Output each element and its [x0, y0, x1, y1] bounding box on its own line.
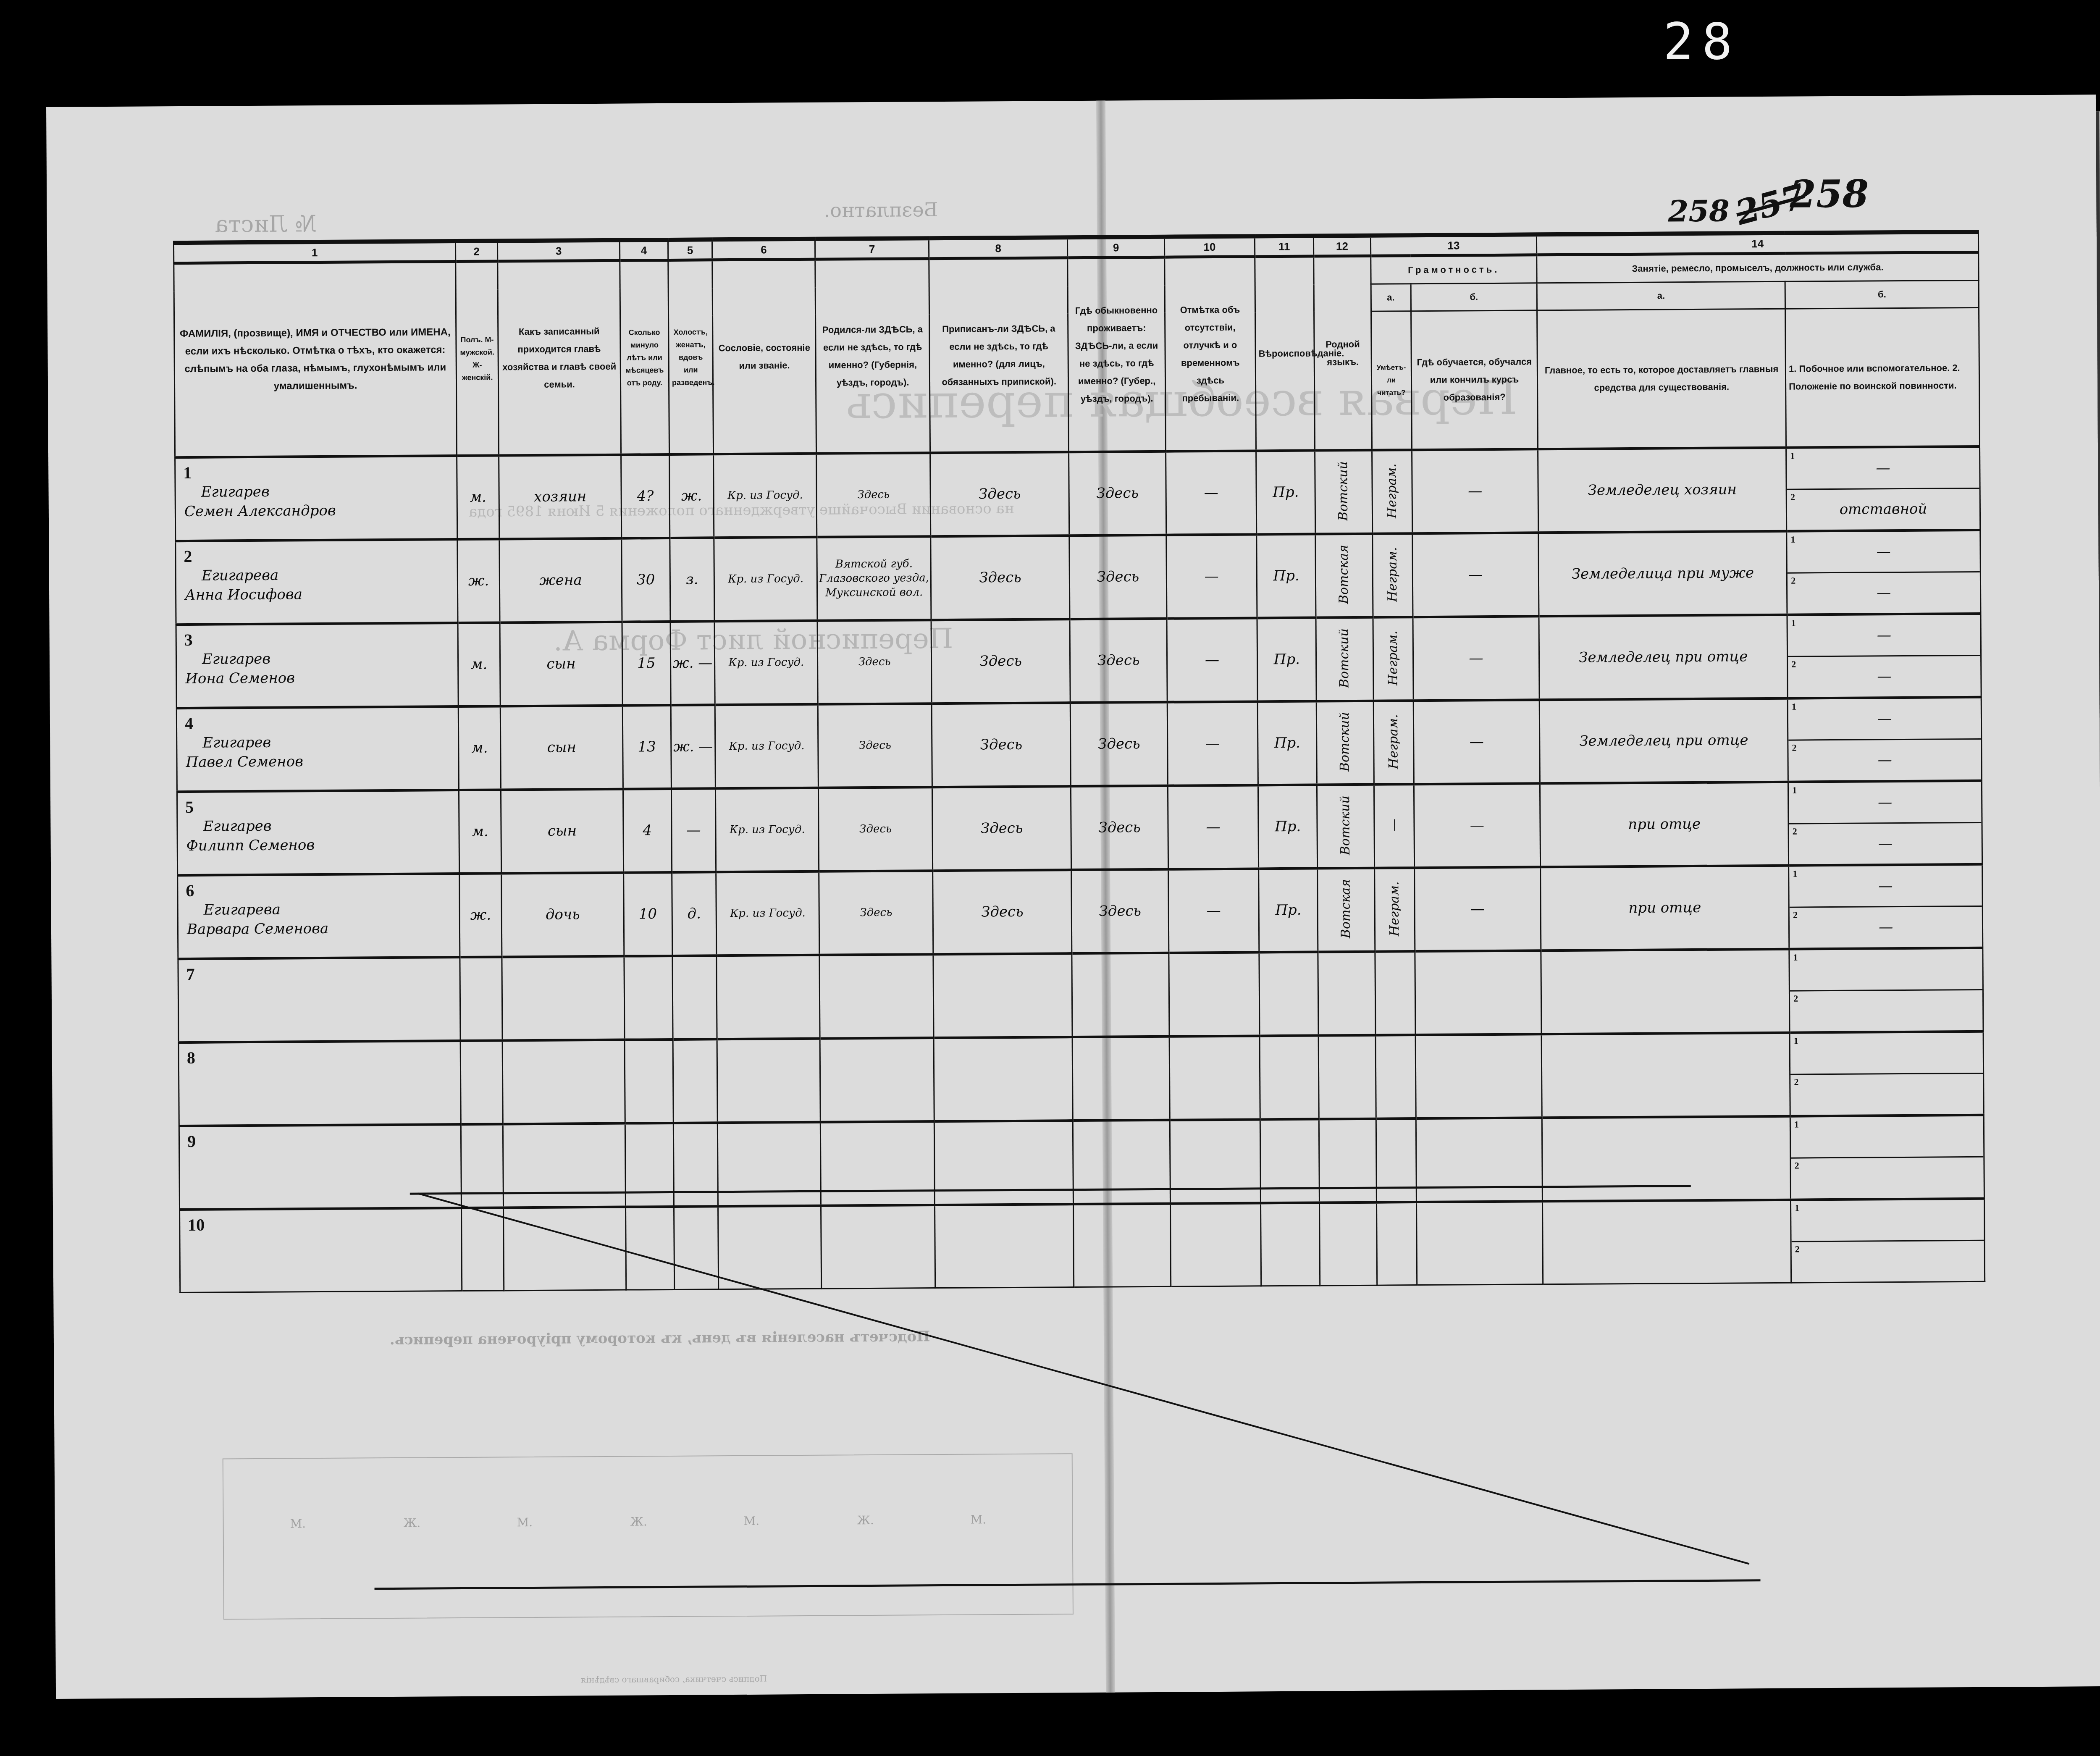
col-num-5: 5	[668, 239, 712, 260]
cell-literate	[1375, 1035, 1416, 1119]
cell-sex: ж.	[459, 873, 502, 957]
cell-education	[1415, 1034, 1542, 1118]
cell-born	[820, 1038, 934, 1122]
education-value: —	[1470, 900, 1485, 917]
row-number: 5	[178, 791, 458, 817]
estate-value: Кр. из Госуд.	[727, 489, 803, 502]
cell-relation: сын	[500, 705, 623, 790]
cell-sex	[460, 957, 502, 1041]
cell-age: 15	[622, 621, 671, 705]
cell-language	[1318, 1035, 1375, 1119]
cell-sex: м.	[458, 622, 500, 706]
cell-estate: Кр. из Госуд.	[715, 787, 819, 871]
row-number: 4	[177, 708, 458, 733]
cell-resides	[1072, 953, 1169, 1037]
row-number: 7	[178, 958, 459, 984]
cell-born: Здесь	[816, 453, 931, 537]
estate-value: Кр. из Госуд.	[729, 740, 805, 753]
ghost-summary-table	[223, 1453, 1074, 1620]
education-value: —	[1468, 566, 1483, 583]
cell-estate: Кр. из Госуд.	[716, 871, 820, 955]
cell-resides	[1073, 1120, 1171, 1204]
cell-relation: хозяин	[499, 454, 622, 539]
cell-age: 10	[623, 872, 672, 956]
cell-literate	[1376, 1118, 1416, 1202]
surname: Егигарева	[176, 564, 457, 585]
cell-name: 3ЕгигаревИона Семенов	[176, 623, 458, 708]
occupation-value: Земледелица при муже	[1572, 564, 1754, 583]
given-name-patronymic: Филипп Семенов	[178, 835, 459, 864]
ghost-mz-label: М.	[743, 1514, 759, 1528]
cell-sex: м.	[459, 790, 501, 874]
slot-index: 1	[1793, 868, 1797, 879]
age-value: 15	[637, 655, 656, 672]
literate-value: —	[1384, 819, 1404, 831]
row-number: 1	[176, 457, 456, 483]
cell-absence: —	[1167, 618, 1258, 702]
cell-born: Вятской губ. Глазовского уезда, Муксинск…	[817, 536, 931, 621]
ghost-mz-label: Ж.	[404, 1516, 421, 1530]
cell-language: Вотский	[1317, 701, 1374, 785]
relation-value: дочь	[546, 906, 580, 923]
cell-side-occupation-military: 1—2—	[1788, 780, 1982, 865]
ghost-mz-label: М.	[290, 1517, 306, 1530]
page-number-current: 258	[1668, 194, 1730, 229]
cell-absence: —	[1166, 534, 1257, 618]
table-row: 4ЕгигаревПавел Семеновм.сын13ж. —Кр. из …	[176, 697, 1982, 791]
occupation-value: при отце	[1628, 816, 1701, 833]
cell-literate: Неграм.	[1372, 533, 1412, 617]
slot-index: 2	[1793, 993, 1798, 1004]
cell-marital: з.	[670, 538, 714, 622]
cell-relation	[502, 1039, 625, 1124]
born-value: Здесь	[858, 656, 891, 668]
slot-side-occupation: 1—	[1789, 782, 1981, 824]
cell-religion	[1261, 1202, 1320, 1286]
cell-resides: Здесь	[1071, 702, 1168, 786]
education-value: —	[1468, 483, 1482, 499]
cell-estate	[717, 955, 820, 1039]
estate-value: Кр. из Госуд.	[728, 656, 804, 669]
side-value: —	[1877, 710, 1892, 727]
col-num-11: 11	[1255, 236, 1314, 257]
col-num-1: 1	[173, 241, 455, 263]
cell-education	[1415, 950, 1542, 1035]
cell-name: 7	[178, 957, 460, 1042]
cell-relation: дочь	[501, 872, 624, 957]
cell-born: Здесь	[817, 620, 932, 704]
cell-relation: сын	[500, 622, 622, 706]
cell-registered: Здесь	[932, 703, 1071, 787]
registered-value: Здесь	[981, 820, 1023, 837]
slot-military-status: 2отставной	[1787, 488, 1979, 530]
born-value: Здесь	[859, 739, 891, 752]
occupation-value: Земледелец хозяин	[1588, 481, 1737, 499]
given-name-patronymic: Павел Семенов	[177, 751, 458, 780]
cell-religion: Пр.	[1257, 534, 1316, 618]
cell-literate: Неграм.	[1373, 701, 1414, 785]
literate-value: Неграм.	[1385, 881, 1404, 936]
cell-marital: ж.	[669, 454, 714, 538]
ghost-summary-title: Подсчетъ населенія въ день, къ которому …	[390, 1328, 930, 1348]
cell-registered: Здесь	[931, 535, 1070, 620]
cell-marital	[673, 1039, 717, 1123]
estate-value: Кр. из Госуд.	[730, 907, 806, 920]
surname: Егигарев	[177, 648, 457, 669]
sex-value: м.	[471, 740, 488, 756]
sub-label-14b: б.	[1785, 280, 1979, 309]
cell-marital: —	[671, 788, 716, 872]
cell-literate: Неграм.	[1372, 450, 1412, 534]
slot-index: 2	[1791, 575, 1795, 586]
religion-value: Пр.	[1275, 818, 1301, 835]
slot-index: 2	[1795, 1160, 1799, 1171]
cell-age	[625, 1039, 673, 1123]
cell-estate: Кр. из Госуд.	[714, 453, 817, 537]
education-value: —	[1469, 650, 1483, 667]
slot-index: 2	[1791, 659, 1796, 669]
military-value: —	[1879, 919, 1893, 935]
military-value: —	[1878, 835, 1893, 852]
ghost-sheet-no: № Листа	[215, 210, 317, 237]
absence-value: —	[1206, 819, 1220, 835]
age-value: 13	[638, 738, 656, 755]
col-num-14: 14	[1537, 232, 1979, 255]
cell-resides: Здесь	[1069, 451, 1166, 535]
cell-born: Здесь	[819, 871, 933, 955]
given-name-patronymic: Иона Семенов	[177, 667, 457, 697]
cell-language: Вотский	[1316, 617, 1373, 701]
slot-index: 1	[1791, 617, 1796, 628]
cell-religion: Пр.	[1257, 701, 1317, 785]
language-value: Вотский	[1334, 461, 1354, 521]
absence-value: —	[1207, 902, 1221, 919]
resides-value: Здесь	[1099, 903, 1141, 920]
registered-value: Здесь	[981, 903, 1024, 921]
slot-index: 2	[1794, 1076, 1798, 1087]
cell-marital: ж. —	[671, 705, 715, 789]
cell-sex: ж.	[457, 539, 500, 623]
cell-name: 1ЕгигаревСемен Александров	[175, 456, 457, 541]
cell-relation	[503, 1123, 626, 1207]
col-num-9: 9	[1068, 237, 1165, 258]
cell-born: Здесь	[818, 703, 932, 788]
row-number: 8	[179, 1042, 460, 1068]
absence-value: —	[1205, 735, 1220, 752]
registered-value: Здесь	[979, 569, 1021, 586]
cell-education: —	[1413, 616, 1540, 701]
cell-resides: Здесь	[1069, 535, 1167, 619]
ghost-free-label: Безплатно.	[824, 198, 938, 222]
cell-name: 6ЕгигареваВарвара Семенова	[178, 874, 460, 959]
cell-language: Вотский	[1317, 784, 1374, 868]
given-name-patronymic: Анна Иосифова	[176, 584, 457, 613]
absence-value: —	[1204, 484, 1218, 501]
cell-absence	[1169, 1036, 1260, 1120]
slot-military-status: 2—	[1789, 823, 1982, 864]
marital-value: д.	[687, 906, 701, 922]
marital-value: ж. —	[673, 738, 713, 755]
slot-index: 2	[1792, 742, 1796, 753]
estate-value: Кр. из Госуд.	[730, 823, 805, 836]
cell-occupation	[1541, 949, 1790, 1034]
resides-value: Здесь	[1098, 735, 1140, 753]
age-value: 4?	[637, 488, 654, 504]
cell-education: —	[1414, 867, 1541, 951]
cell-resides: Здесь	[1071, 785, 1168, 869]
slot-index: 1	[1792, 785, 1797, 795]
cell-occupation: Земледелица при муже	[1538, 531, 1787, 616]
cell-marital	[672, 955, 717, 1039]
relation-value: хозяин	[534, 488, 586, 505]
cell-born	[819, 954, 934, 1039]
slot-military-status: 2	[1790, 990, 1982, 1031]
cell-age	[625, 1206, 674, 1289]
registered-value: Здесь	[979, 486, 1021, 503]
cell-religion	[1260, 1035, 1319, 1119]
header-occupation-group: Занятіе, ремесло, промыселъ, должность и…	[1537, 252, 1979, 283]
cell-language: Вотский	[1315, 450, 1372, 534]
side-value: —	[1877, 627, 1891, 643]
language-value: Вотский	[1336, 795, 1355, 855]
slot-side-occupation: 1	[1790, 949, 1982, 991]
cell-occupation: при отце	[1541, 865, 1789, 950]
cell-registered	[934, 1037, 1073, 1121]
ghost-mz-label: М.	[970, 1512, 986, 1526]
estate-value: Кр. из Госуд.	[728, 572, 803, 585]
household-rows: 1ЕгигаревСемен Александровм.хозяин4?ж.Кр…	[175, 446, 1985, 1292]
header-literacy-group: Грамотность.	[1370, 255, 1537, 284]
side-value: —	[1878, 877, 1893, 894]
age-value: 10	[639, 906, 657, 922]
cell-name: 2ЕгигареваАнна Иосифова	[176, 539, 458, 625]
cell-occupation	[1542, 1116, 1790, 1201]
literate-value: Неграм.	[1383, 547, 1402, 602]
cell-absence: —	[1168, 785, 1259, 869]
cell-side-occupation-military: 12	[1791, 1198, 1985, 1282]
cell-relation	[504, 1207, 626, 1290]
cell-language	[1318, 951, 1375, 1035]
census-form-table: 1 2 3 4 5 6 7 8 9 10 11 12 13 14 ФАМИЛІЯ…	[173, 230, 1985, 1293]
surname: Егигарев	[178, 815, 458, 836]
header-registered: Приписанъ-ли ЗДѢСЬ, а если не здѣсь, то …	[929, 258, 1069, 453]
absence-value: —	[1205, 568, 1219, 585]
cell-estate	[717, 1122, 821, 1206]
cell-education: —	[1414, 783, 1541, 868]
language-value: Вотский	[1335, 712, 1355, 772]
col-num-2: 2	[456, 241, 498, 261]
cell-religion	[1259, 952, 1318, 1036]
cell-registered: Здесь	[930, 452, 1069, 536]
literate-value: Неграм.	[1383, 630, 1403, 685]
cell-registered: Здесь	[933, 870, 1072, 954]
table-row: 1ЕгигаревСемен Александровм.хозяин4?ж.Кр…	[175, 446, 1980, 541]
cell-born: Здесь	[819, 787, 933, 871]
resides-value: Здесь	[1097, 652, 1140, 669]
col-num-13: 13	[1370, 234, 1537, 256]
cell-name: 4ЕгигаревПавел Семенов	[176, 706, 459, 792]
cell-name: 8	[178, 1041, 461, 1126]
cell-language	[1319, 1118, 1376, 1202]
relation-value: сын	[547, 739, 576, 756]
cell-literate: Неграм.	[1373, 617, 1413, 701]
cell-name: 9	[179, 1124, 461, 1210]
military-value: отставной	[1839, 500, 1927, 517]
row-number: 9	[180, 1126, 460, 1151]
cell-age: 4	[623, 788, 672, 872]
header-education: Гдѣ обучается, обучался или кончилъ курс…	[1411, 310, 1538, 450]
slot-military-status: 2	[1790, 1074, 1983, 1115]
cell-relation	[502, 956, 625, 1040]
cell-side-occupation-military: 12	[1790, 1031, 1984, 1116]
cell-language: Вотская	[1315, 533, 1373, 617]
col-num-6: 6	[712, 239, 815, 260]
header-can-read: Умѣетъ-ли читать?	[1371, 311, 1412, 450]
slot-side-occupation: 1—	[1788, 614, 1980, 657]
cell-registered	[934, 1204, 1074, 1288]
surname: Егигарева	[178, 899, 459, 920]
cell-registered	[934, 1121, 1074, 1205]
cell-age	[624, 955, 673, 1039]
side-value: —	[1876, 459, 1890, 476]
sub-label-13a: а.	[1371, 284, 1411, 312]
religion-value: Пр.	[1274, 651, 1300, 668]
cell-name: 10	[180, 1208, 462, 1293]
side-value: —	[1878, 794, 1892, 811]
frame-number: 28	[1663, 13, 1741, 71]
relation-value: сын	[548, 822, 577, 839]
cell-side-occupation-military: 12	[1789, 948, 1983, 1032]
cell-marital: ж. —	[670, 621, 715, 705]
religion-value: Пр.	[1274, 735, 1300, 751]
registered-value: Здесь	[980, 736, 1023, 753]
cell-marital	[673, 1123, 718, 1207]
cell-religion: Пр.	[1256, 450, 1315, 534]
language-value: Вотская	[1336, 879, 1356, 938]
military-value: —	[1878, 751, 1892, 768]
col-num-8: 8	[929, 237, 1068, 259]
cell-resides	[1072, 1036, 1170, 1120]
col-num-3: 3	[498, 240, 620, 261]
col-num-10: 10	[1164, 236, 1255, 257]
cell-sex	[460, 1040, 503, 1124]
language-value: Вотский	[1335, 628, 1354, 688]
slot-index: 1	[1790, 450, 1795, 461]
cell-resides: Здесь	[1070, 618, 1167, 702]
cell-registered: Здесь	[931, 619, 1071, 703]
cell-born	[821, 1121, 935, 1206]
slot-side-occupation: 1—	[1789, 865, 1982, 908]
cell-estate: Кр. из Госуд.	[714, 620, 818, 704]
header-marital: Холостъ, женатъ, вдовъ или разведенъ.	[668, 260, 714, 454]
registered-value: Здесь	[979, 653, 1022, 670]
cell-estate	[718, 1205, 822, 1289]
cell-marital: д.	[672, 872, 717, 956]
row-number: 6	[178, 875, 459, 900]
cell-side-occupation-military: 1—2отставной	[1786, 446, 1980, 531]
cell-literate: Неграм.	[1374, 868, 1415, 952]
slot-side-occupation: 1	[1790, 1032, 1983, 1075]
cell-sex	[461, 1124, 503, 1208]
census-sheet: 258 257 258 № Листа Безплатно. Первая вс…	[46, 94, 2100, 1699]
cell-education: —	[1412, 533, 1539, 617]
religion-value: Пр.	[1273, 567, 1299, 584]
slot-index: 2	[1793, 826, 1797, 837]
cell-registered	[933, 953, 1073, 1038]
cell-born	[821, 1205, 935, 1289]
sheet-edge	[2096, 111, 2100, 1665]
education-value: —	[1470, 817, 1484, 834]
row-number: 2	[176, 541, 457, 566]
table-row: 912	[179, 1115, 1984, 1209]
col-num-4: 4	[619, 240, 668, 260]
cell-religion	[1260, 1119, 1319, 1203]
religion-value: Пр.	[1275, 902, 1301, 919]
cell-language	[1320, 1202, 1377, 1285]
cell-occupation: Земледелец при отце	[1539, 698, 1788, 783]
cell-side-occupation-military: 12	[1790, 1115, 1984, 1200]
header-main-occupation: Главное, то есть то, которое доставляетъ…	[1537, 309, 1786, 449]
cell-religion: Пр.	[1259, 868, 1318, 952]
cell-sex: м.	[457, 455, 499, 539]
slot-military-status: 2	[1792, 1241, 1984, 1282]
header-age: Сколько минуло лѣтъ или мѣсяцевъ отъ род…	[619, 260, 669, 454]
cell-side-occupation-military: 1—2—	[1787, 530, 1981, 614]
header-relation: Какъ записанный приходится главѣ хозяйст…	[498, 260, 621, 455]
header-side-occupation: 1. Побочное или вспомогательное. 2. Поло…	[1785, 307, 1980, 447]
cell-absence: —	[1168, 869, 1259, 953]
slot-side-occupation: 1—	[1787, 447, 1979, 490]
ghost-mz-label: Ж.	[857, 1513, 874, 1527]
slot-side-occupation: 1	[1791, 1200, 1984, 1242]
slot-index: 1	[1790, 534, 1795, 545]
sex-value: ж.	[470, 907, 491, 924]
marital-value: ж. —	[673, 654, 713, 672]
table-row: 6ЕгигареваВарвара Семеноваж.дочь10д.Кр. …	[178, 864, 1983, 958]
col-num-7: 7	[815, 238, 929, 259]
slot-military-status: 2—	[1788, 572, 1980, 613]
language-value: Вотская	[1334, 545, 1354, 604]
occupation-value: Земледелец при отце	[1579, 648, 1748, 666]
cell-relation: жена	[499, 538, 622, 622]
cell-age	[625, 1123, 674, 1207]
occupation-value: Земледелец при отце	[1579, 732, 1748, 749]
relation-value: сын	[546, 655, 575, 672]
cell-absence	[1170, 1203, 1261, 1286]
sex-value: м.	[471, 656, 487, 673]
cell-education	[1416, 1201, 1543, 1285]
cell-registered: Здесь	[932, 786, 1071, 871]
slot-index: 2	[1795, 1244, 1800, 1255]
sex-value: ж.	[468, 572, 489, 589]
header-religion: Вѣроисповѣданіе.	[1255, 256, 1315, 451]
cell-resides: Здесь	[1071, 869, 1169, 953]
header-estate: Сословіе, состояніе или званіе.	[712, 259, 816, 454]
slot-index: 2	[1790, 491, 1795, 502]
sex-value: м.	[472, 823, 488, 840]
ghost-mz-row: М.Ж.М.Ж.М.Ж.М.	[46, 94, 2096, 107]
religion-value: Пр.	[1273, 484, 1299, 501]
ghost-mz-label: Ж.	[630, 1515, 647, 1528]
military-value: —	[1877, 584, 1891, 601]
age-value: 30	[637, 571, 655, 588]
absence-value: —	[1205, 651, 1219, 668]
cell-absence: —	[1165, 451, 1257, 535]
slot-index: 1	[1793, 952, 1798, 963]
cell-estate	[717, 1038, 821, 1122]
cell-religion: Пр.	[1257, 617, 1316, 701]
given-name-patronymic: Семен Александров	[176, 500, 457, 530]
